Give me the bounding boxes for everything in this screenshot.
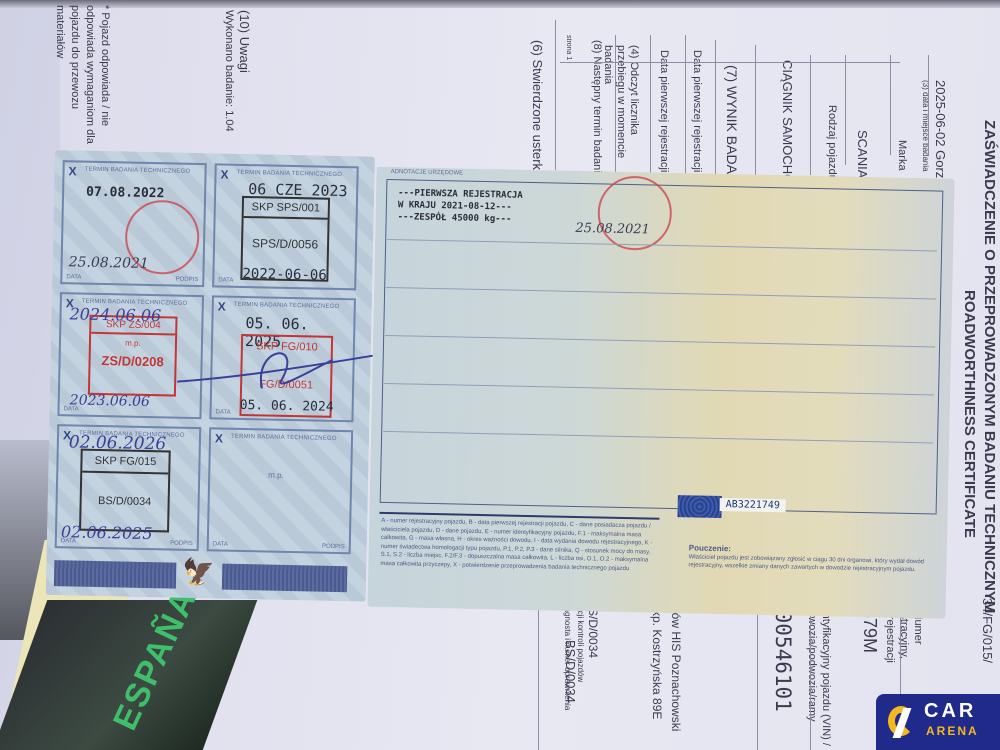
footer-date-label: DATA — [213, 541, 228, 547]
polish-eagle-emblem-icon: 🦅 — [182, 557, 215, 589]
table-line — [538, 600, 539, 750]
inspection-cell-5: X TERMIN BADANIA TECHNICZNEGO SKP FG/015… — [55, 424, 202, 551]
cell-header: TERMIN BADANIA TECHNICZNEGO — [85, 167, 191, 175]
next-date-label: (8) Następny termin badania — [591, 40, 603, 179]
inspection-date-written: 25.08.2021 — [68, 254, 148, 272]
annotations-header: ADNOTACJE URZĘDOWE — [391, 169, 464, 177]
security-bar-left — [54, 560, 177, 589]
booklet-left-page: X TERMIN BADANIA TECHNICZNEGO 07.08.2022… — [46, 150, 375, 602]
footer-signature-label: PODPIS — [176, 277, 199, 283]
stamp-inspector-code: SPS/D/0056 — [243, 236, 327, 252]
watermark-line-2: ARENA — [926, 724, 979, 738]
odometer-label: (4) Odczyt licznika przebiegu w momencie… — [601, 45, 640, 175]
first-registration-label-2: Data pierwszej rejestracji — [658, 50, 670, 172]
footer-date-label: DATA — [66, 274, 81, 280]
remarks-value: Wykonano badanie: 1.04 — [223, 10, 235, 132]
paper-edge-shadow — [0, 0, 1000, 8]
table-line — [615, 35, 616, 175]
car-arena-watermark: CAR ARENA — [876, 694, 1000, 750]
certificate-title-pl: ZAŚWIADCZENIE O PRZEPROWADZONYM BADANIU … — [981, 120, 998, 613]
next-inspection-date: 02.06.2026 — [69, 432, 167, 454]
footer-date-label: DATA — [215, 409, 230, 415]
table-line — [560, 62, 900, 63]
table-line — [890, 55, 891, 155]
stamp-station-id: SKP SPS/001 — [244, 198, 328, 220]
inspection-date-written: 05. 06. 2024 — [240, 398, 334, 415]
signature — [172, 327, 383, 401]
inspector-label: Diagnosta i numer uprawnienia — [563, 600, 572, 710]
table-line — [650, 35, 651, 175]
table-line — [757, 600, 758, 750]
cell-mark: X — [68, 164, 76, 178]
field-legend: A - numer rejestracyjny pojazdu, B - dat… — [380, 517, 661, 574]
defects-label: (6) Stwierdzone usterki — [530, 40, 545, 173]
annotation-line-3: ---ZESPÓŁ 45000 kg--- — [398, 211, 512, 225]
footer-signature-label: PODPIS — [170, 540, 193, 546]
inspection-cell-6-empty: X TERMIN BADANIA TECHNICZNEGO m.p. DATA … — [207, 427, 354, 554]
table-line — [845, 55, 846, 165]
footnote: * Pojazd odpowiada / nie odpowiada wymag… — [52, 5, 112, 155]
next-inspection-date: 07.08.2022 — [86, 185, 165, 202]
security-bar-right — [222, 564, 348, 593]
inspection-date-written: 2023.06.06 — [70, 392, 150, 410]
footer-date-label: DATA — [218, 277, 233, 283]
remarks-label: (10) Uwagi — [237, 10, 252, 73]
inspection-cell-1: X TERMIN BADANIA TECHNICZNEGO 07.08.2022… — [60, 160, 207, 287]
cell-mark: X — [215, 431, 223, 445]
station-stamp: SKP FG/015 BS/D/0034 — [79, 449, 171, 533]
page-label: strona 1 — [565, 35, 572, 60]
cell-header: TERMIN BADANIA TECHNICZNEGO — [234, 302, 340, 310]
table-line — [555, 20, 556, 170]
stamp-station-id: SKP FG/015 — [82, 451, 168, 475]
cell-mark: X — [220, 167, 228, 181]
inspection-cell-4: X TERMIN BADANIA TECHNICZNEGO 05. 06. 20… — [209, 295, 356, 422]
inspection-cell-2: X TERMIN BADANIA TECHNICZNEGO 06 CZE 202… — [212, 163, 359, 290]
stamp-inspector-code: ZS/D/0208 — [90, 353, 174, 370]
mp-label: m.p. — [91, 338, 175, 349]
station-address: Tłkp. Kostrzyńska 89E — [650, 600, 664, 719]
registration-booklet: X TERMIN BADANIA TECHNICZNEGO 07.08.2022… — [45, 150, 954, 624]
hologram — [677, 495, 721, 518]
make-label: Marka — [896, 140, 908, 171]
table-line — [685, 35, 686, 175]
booklet-right-page: ADNOTACJE URZĘDOWE ---PIERWSZA REJESTRAC… — [368, 167, 955, 619]
first-registration-label-1: Data pierwszej rejestracji — [691, 50, 703, 172]
notice-title: Pouczenie: — [689, 543, 731, 553]
next-inspection-date: 2024.06.06 — [69, 304, 161, 325]
notice-text: Właściciel pojazdu jest zobowiązany zgło… — [688, 553, 938, 574]
serial-number: AB3221749 — [720, 498, 786, 512]
cell-mark: X — [218, 299, 226, 313]
watermark-line-1: CAR — [924, 700, 976, 723]
footer-date-label: DATA — [64, 406, 79, 412]
table-line — [810, 600, 811, 750]
footer-date-label: DATA — [61, 538, 76, 544]
annotation-stamp-date: 25.08.2021 — [575, 221, 650, 238]
station-name: zdów HIS Poznachowski — [669, 600, 683, 731]
table-line — [755, 45, 756, 175]
stamp-inspector-code: BS/D/0034 — [82, 495, 168, 509]
table-line — [928, 55, 929, 155]
registration-number-value: 34/FG/015/ — [980, 598, 995, 663]
footer-signature-label: PODPIS — [322, 544, 345, 550]
inspection-date-written: 2022-06-06 — [242, 266, 327, 284]
certificate-title-en: ROADWORTHINESS CERTIFICATE — [961, 290, 978, 538]
cell-header: TERMIN BADANIA TECHNICZNEGO — [236, 170, 342, 178]
mp-label: m.p. — [268, 471, 284, 480]
table-line — [810, 55, 811, 175]
station-stamp: SKP ZS/004 m.p. ZS/D/0208 — [88, 315, 178, 397]
table-line — [715, 40, 716, 180]
cell-header: TERMIN BADANIA TECHNICZNEGO — [231, 434, 337, 442]
